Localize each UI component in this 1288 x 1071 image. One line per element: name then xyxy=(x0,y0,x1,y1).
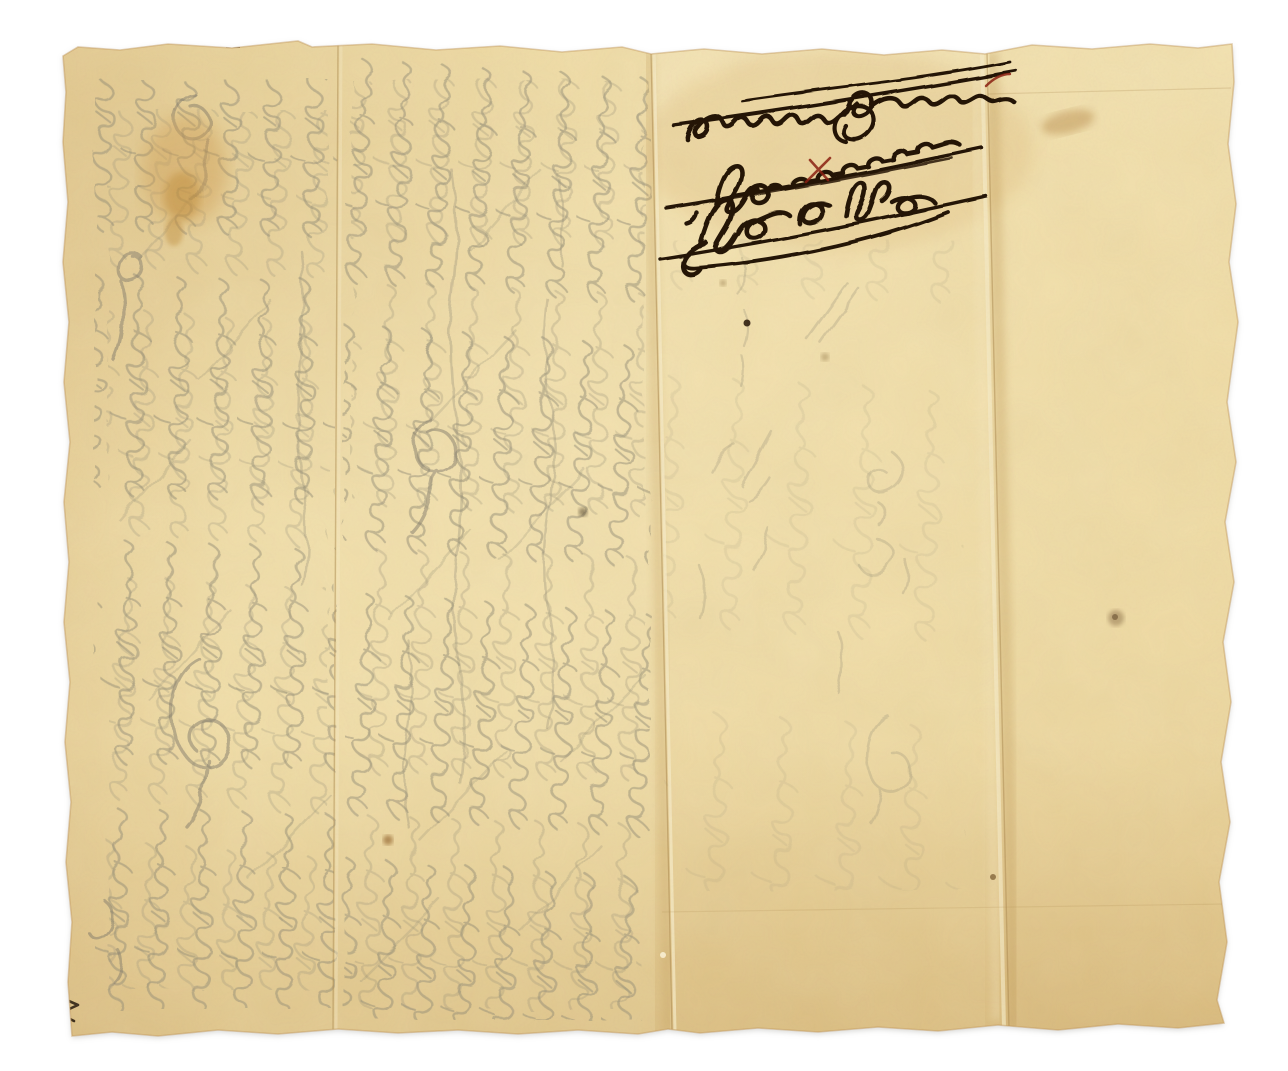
manuscript-scan: Aged manuscript leaf — verso (scanned do… xyxy=(0,0,1288,1071)
manuscript-svg: Aged manuscript leaf — verso (scanned do… xyxy=(0,0,1288,1071)
paper-grain xyxy=(60,38,1242,1040)
